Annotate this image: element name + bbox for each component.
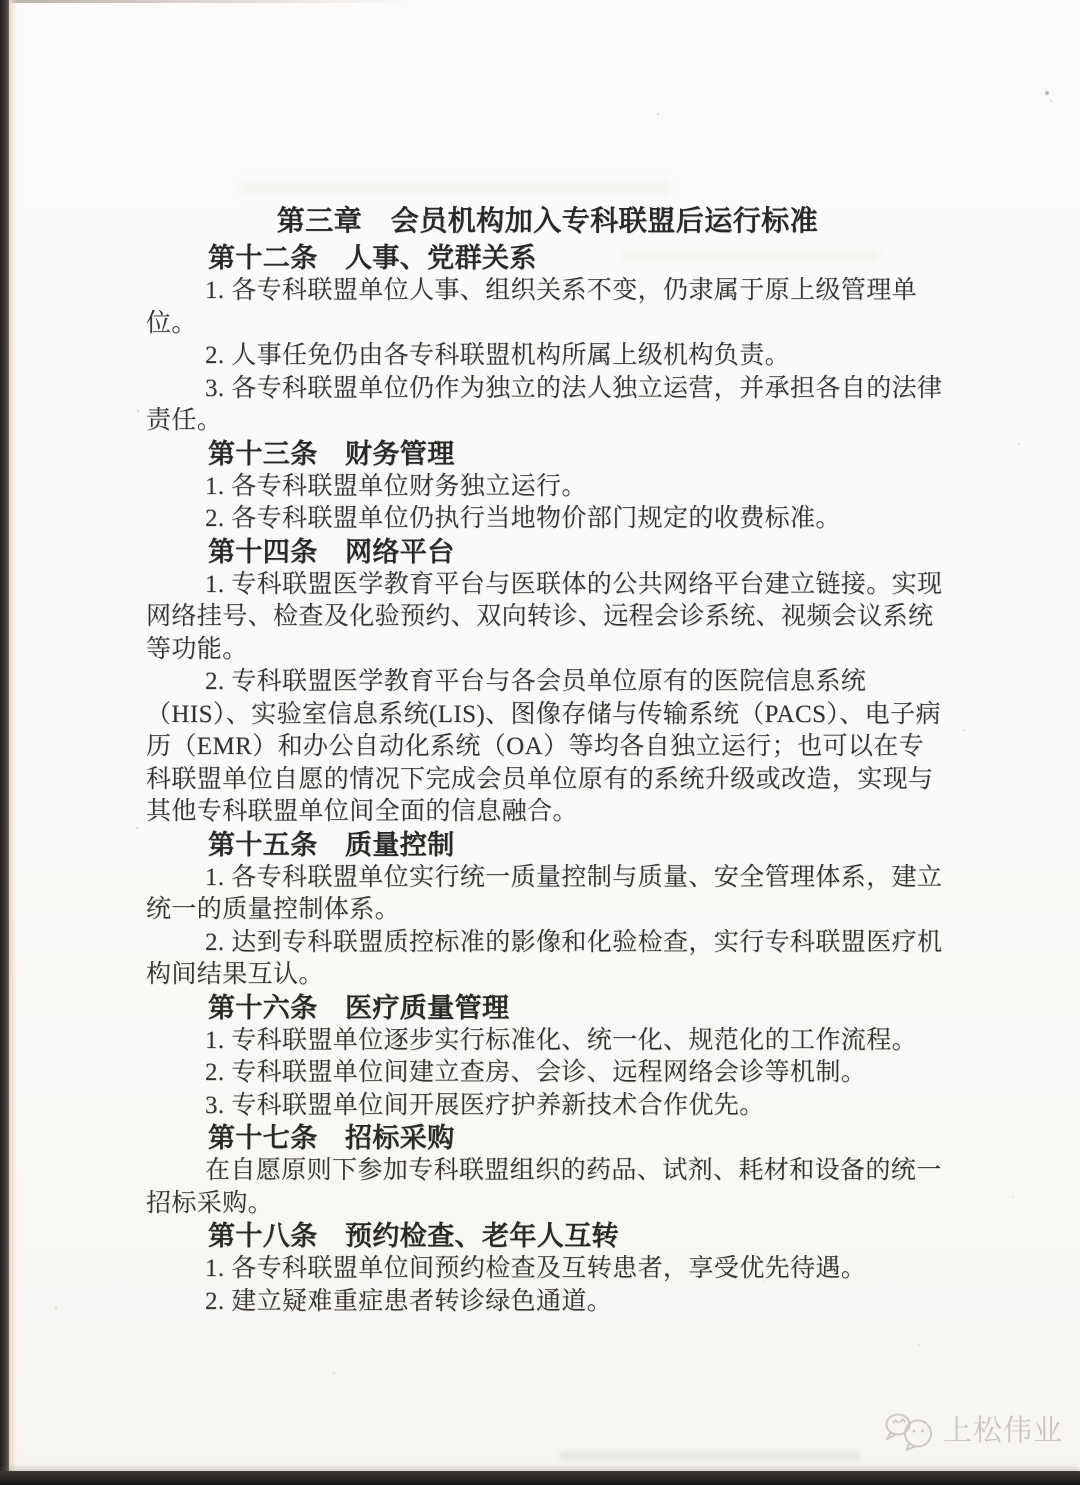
article-heading: 第十二条 人事、党群关系 [146,242,949,275]
article-paragraph: 1. 专科联盟医学教育平台与医联体的公共网络平台建立链接。实现网络挂号、检查及化… [146,569,949,667]
article-paragraph: 3. 专科联盟单位间开展医疗护养新技术合作优先。 [146,1090,949,1123]
wechat-icon [884,1410,936,1452]
article-paragraph: 1. 各专科联盟单位人事、组织关系不变，仍隶属于原上级管理单位。 [146,275,949,340]
article-paragraph: 2. 建立疑难重症患者转诊绿色通道。 [146,1286,949,1319]
article-16: 第十六条 医疗质量管理 1. 专科联盟单位逐步实行标准化、统一化、规范化的工作流… [146,992,949,1123]
article-heading: 第十八条 预约检查、老年人互转 [146,1220,949,1253]
article-paragraph: 2. 各专科联盟单位仍执行当地物价部门规定的收费标准。 [146,503,949,536]
article-heading: 第十四条 网络平台 [146,536,949,569]
brand-watermark: 上松伟业 [884,1410,1063,1452]
article-heading: 第十七条 招标采购 [146,1122,949,1155]
article-paragraph: 3. 各专科联盟单位仍作为独立的法人独立运营，并承担各自的法律责任。 [146,373,949,438]
scan-left-paper-edge [9,0,17,1485]
article-paragraph: 1. 专科联盟单位逐步实行标准化、统一化、规范化的工作流程。 [146,1025,949,1058]
article-heading: 第十五条 质量控制 [146,829,949,862]
ink-bleedthrough-smudge [240,180,670,196]
scan-top-edge-line [10,0,410,3]
article-paragraph: 2. 人事任免仍由各专科联盟机构所属上级机构负责。 [146,340,949,373]
article-paragraph: 1. 各专科联盟单位实行统一质量控制与质量、安全管理体系，建立统一的质量控制体系… [146,862,949,927]
scanned-document-page: 第三章 会员机构加入专科联盟后运行标准 第十二条 人事、党群关系 1. 各专科联… [0,0,1080,1485]
article-paragraph: 在自愿原则下参加专科联盟组织的药品、试剂、耗材和设备的统一招标采购。 [146,1155,949,1220]
article-14: 第十四条 网络平台 1. 专科联盟医学教育平台与医联体的公共网络平台建立链接。实… [146,536,949,829]
article-paragraph: 2. 达到专科联盟质控标准的影像和化验检查，实行专科联盟医疗机构间结果互认。 [146,927,949,992]
article-heading: 第十三条 财务管理 [146,438,949,471]
article-paragraph: 2. 专科联盟单位间建立查房、会诊、远程网络会诊等机制。 [146,1057,949,1090]
article-12: 第十二条 人事、党群关系 1. 各专科联盟单位人事、组织关系不变，仍隶属于原上级… [146,242,949,438]
document-content: 第三章 会员机构加入专科联盟后运行标准 第十二条 人事、党群关系 1. 各专科联… [146,203,949,1318]
article-paragraph: 1. 各专科联盟单位财务独立运行。 [146,471,949,504]
article-heading: 第十六条 医疗质量管理 [146,992,949,1025]
article-17: 第十七条 招标采购 在自愿原则下参加专科联盟组织的药品、试剂、耗材和设备的统一招… [146,1122,949,1220]
article-paragraph: 2. 专科联盟医学教育平台与各会员单位原有的医院信息系统（HIS）、实验室信息系… [146,666,949,829]
ink-bleedthrough-smudge [560,1452,860,1460]
article-paragraph: 1. 各专科联盟单位间预约检查及互转患者，享受优先待遇。 [146,1253,949,1286]
article-13: 第十三条 财务管理 1. 各专科联盟单位财务独立运行。 2. 各专科联盟单位仍执… [146,438,949,536]
scan-bottom-edge [0,1471,1080,1485]
scan-left-edge [0,0,9,1485]
chapter-title: 第三章 会员机构加入专科联盟后运行标准 [146,203,949,240]
article-18: 第十八条 预约检查、老年人互转 1. 各专科联盟单位间预约检查及互转患者，享受优… [146,1220,949,1318]
article-15: 第十五条 质量控制 1. 各专科联盟单位实行统一质量控制与质量、安全管理体系，建… [146,829,949,992]
brand-watermark-text: 上松伟业 [943,1410,1063,1452]
